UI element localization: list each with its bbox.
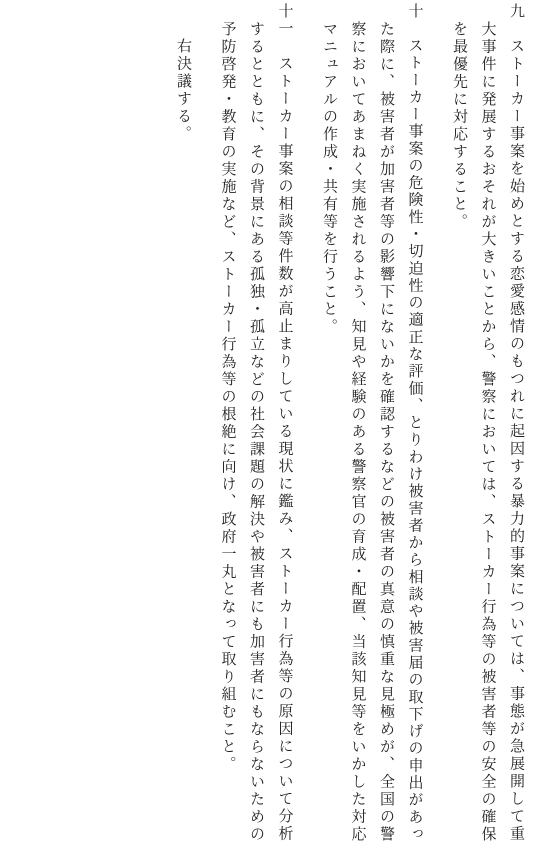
- text-column: 察においてあまねく実施されるよう、知見や経験のある警察官の育成・配置、当該知見等…: [343, 3, 372, 844]
- resolution-item-1: 九 ストーカー事案を始めとする恋愛感情のもつれに起因する暴力的事案については、事…: [445, 3, 531, 844]
- text-column: 予防啓発・教育の実施など、ストーカー行為等の根絶に向け、政府一丸となって取り組む…: [213, 3, 242, 844]
- text-column: 十 ストーカー事案の危険性・切迫性の適正な評価、とりわけ被害者から相談や被害届の…: [400, 3, 429, 844]
- text-column: するとともに、その背景にある孤独・孤立などの社会課題の解決や被害者にも加害者にも…: [242, 3, 271, 844]
- resolution-item-3: 十一 ストーカー事案の相談等件数が高止まりしている現状に鑑み、ストーカー行為等の…: [213, 3, 299, 844]
- document-page: 九 ストーカー事案を始めとする恋愛感情のもつれに起因する暴力的事案については、事…: [0, 0, 539, 848]
- text-column: を最優先に対応すること。: [445, 3, 474, 844]
- vertical-text-block: 九 ストーカー事案を始めとする恋愛感情のもつれに起因する暴力的事案については、事…: [169, 3, 531, 844]
- text-column: 大事件に発展するおそれが大きいことから、警察においては、ストーカー行為等の被害者…: [473, 3, 502, 844]
- text-column: た際に、被害者が加害者等の影響下にないかを確認するなどの被害者の真意の慎重な見極…: [372, 3, 401, 844]
- closing-statement: 右決議する。: [169, 3, 198, 844]
- resolution-item-2: 十 ストーカー事案の危険性・切迫性の適正な評価、とりわけ被害者から相談や被害届の…: [315, 3, 429, 844]
- text-column: マニュアルの作成・共有等を行うこと。: [315, 3, 344, 844]
- text-column: 九 ストーカー事案を始めとする恋愛感情のもつれに起因する暴力的事案については、事…: [502, 3, 531, 844]
- text-column: 十一 ストーカー事案の相談等件数が高止まりしている現状に鑑み、ストーカー行為等の…: [270, 3, 299, 844]
